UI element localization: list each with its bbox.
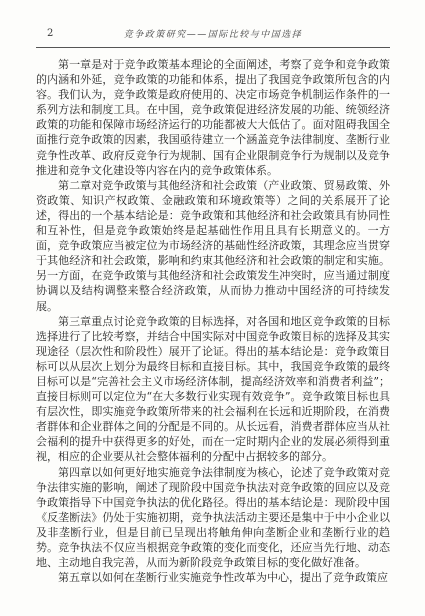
page-header: 2 竞争政策研究——国际比较与中国选择 [36,27,390,41]
book-page: 2 竞争政策研究——国际比较与中国选择 第一章是对于竞争政策基本理论的全面阐述，… [0,0,425,616]
paragraph-chapter-2-summary: 第二章对竞争政策与其他经济和社会政策（产业政策、贸易政策、外资政策、知识产权政策… [36,178,390,314]
page-number: 2 [47,28,53,39]
page-body: 第一章是对于竞争政策基本理论的全面阐述，考察了竞争和竞争政策的内涵和外延，竞争政… [36,57,390,585]
paragraph-chapter-1-summary: 第一章是对于竞争政策基本理论的全面阐述，考察了竞争和竞争政策的内涵和外延，竞争政… [36,57,390,178]
paragraph-chapter-5-summary: 第五章以如何在垄断行业实施竞争性改革为中心，提出了竞争政策应 [36,570,390,585]
paragraph-chapter-3-summary: 第三章重点讨论竞争政策的目标选择，对各国和地区竞争政策的目标选择进行了比较考察，… [36,314,390,465]
paragraph-chapter-4-summary: 第四章以如何更好地实施竞争法律制度为核心，论述了竞争政策对竞争法律实施的影响，阐… [36,465,390,571]
running-title: 竞争政策研究——国际比较与中国选择 [36,27,390,40]
header-rule [36,47,390,48]
